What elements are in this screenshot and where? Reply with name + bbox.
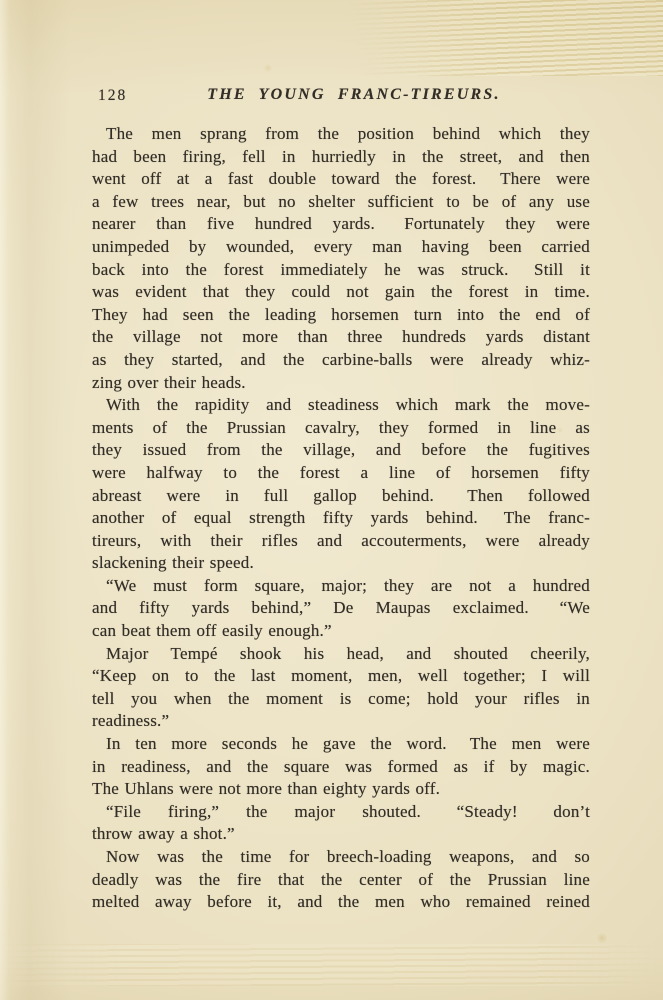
text-line: They had seen the leading horsemen turn … [92, 304, 590, 327]
text-line: The Uhlans were not more than eighty yar… [92, 778, 590, 801]
text-line: melted away before it, and the men who r… [92, 891, 590, 914]
text-line: as they started, and the carbine-balls w… [92, 349, 590, 372]
paragraph: Now was the time for breech-loading weap… [92, 846, 590, 914]
text-line: “Keep on to the last moment, men, well t… [92, 665, 590, 688]
paragraph: “We must form square, major; they are no… [92, 575, 590, 643]
text-line: The men sprang from the position behind … [92, 123, 590, 146]
running-title: THE YOUNG FRANC-TIREURS. [92, 86, 590, 104]
text-line: readiness.” [92, 710, 590, 733]
text-line: back into the forest immediately he was … [92, 259, 590, 282]
text-line: the village not more than three hundreds… [92, 326, 590, 349]
text-line: and fifty yards behind,” De Maupas excla… [92, 597, 590, 620]
text-line: throw away a shot.” [92, 823, 590, 846]
text-line: unimpeded by wounded, every man having b… [92, 236, 590, 259]
paragraph: In ten more seconds he gave the word. Th… [92, 733, 590, 801]
text-line: in readiness, and the square was formed … [92, 756, 590, 779]
text-line: another of equal strength fifty yards be… [92, 507, 590, 530]
paragraph: Major Tempé shook his head, and shouted … [92, 643, 590, 733]
text-line: was evident that they could not gain the… [92, 281, 590, 304]
text-line: tell you when the moment is come; hold y… [92, 688, 590, 711]
text-line: went off at a fast double toward the for… [92, 168, 590, 191]
text-line: nearer than five hundred yards. Fortunat… [92, 213, 590, 236]
text-line: In ten more seconds he gave the word. Th… [92, 733, 590, 756]
text-line: Now was the time for breech-loading weap… [92, 846, 590, 869]
text-line: tireurs, with their rifles and accouterm… [92, 530, 590, 553]
paragraph: With the rapidity and steadiness which m… [92, 394, 590, 575]
page-body: The men sprang from the position behind … [92, 123, 590, 914]
page-header: 128 THE YOUNG FRANC-TIREURS. [92, 86, 590, 104]
text-line: zing over their heads. [92, 372, 590, 395]
text-line: slackening their speed. [92, 552, 590, 575]
text-line: With the rapidity and steadiness which m… [92, 394, 590, 417]
text-line: “File firing,” the major shouted. “Stead… [92, 801, 590, 824]
text-line: “We must form square, major; they are no… [92, 575, 590, 598]
text-line: they issued from the village, and before… [92, 439, 590, 462]
text-line: Major Tempé shook his head, and shouted … [92, 643, 590, 666]
text-line: were halfway to the forest a line of hor… [92, 462, 590, 485]
text-line: deadly was the fire that the center of t… [92, 869, 590, 892]
text-line: a few trees near, but no shelter suffici… [92, 191, 590, 214]
book-page-scan: 128 THE YOUNG FRANC-TIREURS. The men spr… [0, 0, 663, 1000]
text-line: can beat them off easily enough.” [92, 620, 590, 643]
text-line: abreast were in full gallop behind. Then… [92, 485, 590, 508]
paragraph: The men sprang from the position behind … [92, 123, 590, 394]
page-number: 128 [98, 87, 127, 105]
text-line: ments of the Prussian cavalry, they form… [92, 417, 590, 440]
text-line: had been firing, fell in hurriedly in th… [92, 146, 590, 169]
paragraph: “File firing,” the major shouted. “Stead… [92, 801, 590, 846]
